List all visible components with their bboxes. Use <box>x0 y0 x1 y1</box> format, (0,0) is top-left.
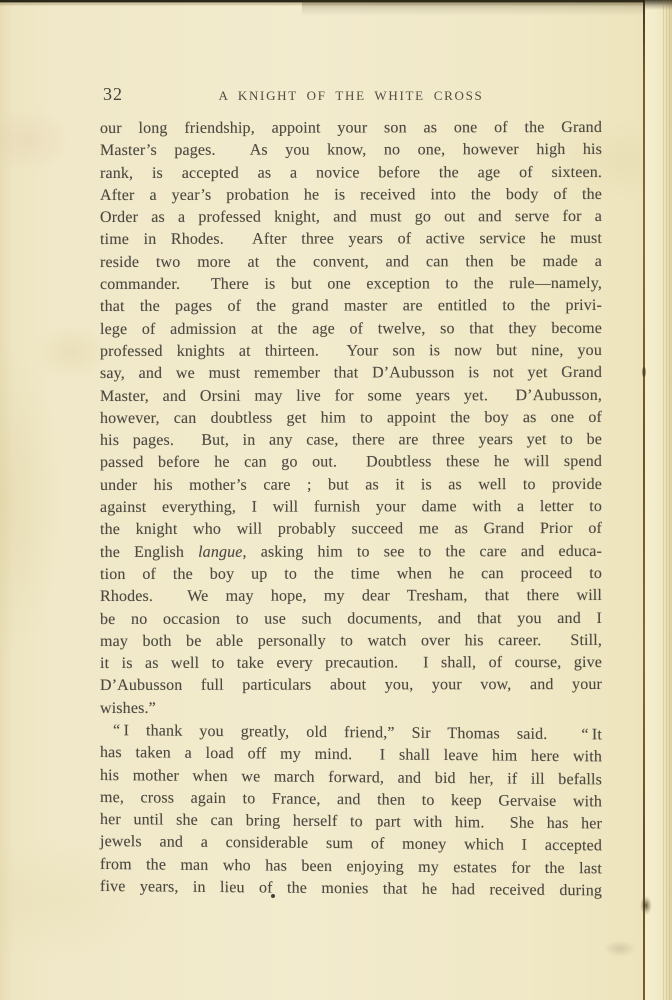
text-line: under his mother’s care ; but as it is a… <box>100 474 602 497</box>
page-top-shadow <box>302 0 672 16</box>
text-line: however, can doubtless get him to appoin… <box>100 407 602 430</box>
text-line: may both be able personally to watch ove… <box>100 630 602 653</box>
italic-text: langue <box>198 543 242 560</box>
paragraph: our long friendship, appoint your son as… <box>100 117 602 720</box>
edge-speck <box>642 367 646 377</box>
text-line: Master’s pages. As you know, no one, how… <box>100 139 602 162</box>
text-line: the knight who will probably succeed me … <box>100 518 602 541</box>
text-line: D’Aubusson full particulars about you, y… <box>100 674 602 697</box>
text-line: five years, in lieu of the monies that h… <box>100 876 602 903</box>
text-line: against everything, I will furnish your … <box>100 496 602 519</box>
text-block: our long friendship, appoint your son as… <box>100 118 602 898</box>
text-line: wishes.” <box>100 697 602 720</box>
page-header: 32 A KNIGHT OF THE WHITE CROSS <box>100 84 602 106</box>
paper-smudge <box>604 940 636 957</box>
book-page: 32 A KNIGHT OF THE WHITE CROSS our long … <box>0 0 672 1000</box>
text-line: rank, is accepted as a novice before the… <box>100 162 602 185</box>
text-line: tion of the boy up to the time when he c… <box>100 563 602 586</box>
text-line: it is as well to take every precaution. … <box>100 652 602 675</box>
text-segment: the English <box>100 543 198 560</box>
text-line: commander. There is but one exception to… <box>100 273 602 296</box>
text-line: be no occasion to use such documents, an… <box>100 607 602 630</box>
page-edge-line <box>643 0 645 1000</box>
paragraph: “ I thank you greatly, old friend,” Sir … <box>100 720 602 903</box>
text-line: passed before he can go out. Doubtless t… <box>100 451 602 474</box>
text-segment: , asking him to see to the care and educ… <box>243 543 602 561</box>
page-edge-streaks <box>663 0 672 1000</box>
text-line: the English langue, asking him to see to… <box>100 541 602 564</box>
edge-blot <box>640 896 652 915</box>
text-line: professed knights at thirteen. Your son … <box>100 340 602 363</box>
text-line: lege of admission at the age of twelve, … <box>100 318 602 341</box>
text-line: After a year’s probation he is received … <box>100 184 602 207</box>
text-line: Order as a professed knight, and must go… <box>100 206 602 229</box>
text-line: our long friendship, appoint your son as… <box>100 117 602 140</box>
text-line: time in Rhodes. After three years of act… <box>100 228 602 251</box>
text-line: his pages. But, in any case, there are t… <box>100 429 602 452</box>
running-title: A KNIGHT OF THE WHITE CROSS <box>100 88 602 104</box>
next-page-edge <box>645 0 672 1000</box>
text-line: say, and we must remember that D’Aubusso… <box>100 362 602 385</box>
text-line: Rhodes. We may hope, my dear Tresham, th… <box>100 585 602 608</box>
text-line: that the pages of the grand master are e… <box>100 295 602 318</box>
text-line: Master, and Orsini may live for some yea… <box>100 385 602 408</box>
print-mark-dot <box>271 894 275 898</box>
text-line: reside two more at the convent, and can … <box>100 251 602 274</box>
